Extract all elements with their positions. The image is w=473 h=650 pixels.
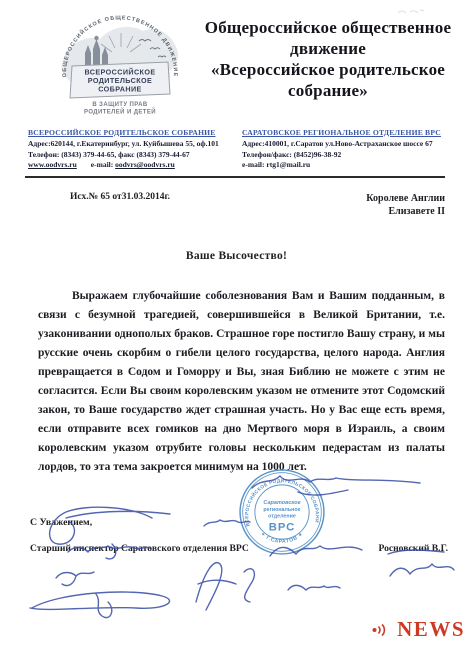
round-stamp: ВСЕРОССИЙСКОЕ РОДИТЕЛЬСКОЕ СОБРАНИЕ ✦ Г.… (238, 468, 326, 556)
salutation: Ваше Высочество! (0, 250, 473, 262)
scanned-letter: ОБЩЕРОССИЙСКОЕ ОБЩЕСТВЕННОЕ ДВИЖЕНИЕ ВСЕ… (0, 0, 473, 650)
contact-left-header: ВСЕРОССИЙСКОЕ РОДИТЕЛЬСКОЕ СОБРАНИЕ (28, 128, 240, 137)
news-label: NEWS (397, 617, 465, 642)
outgoing-number: Исх.№ 65 от31.03.2014г. (70, 192, 170, 218)
contact-right-email: e-mail: rtg1@mail.ru (242, 160, 470, 171)
contact-right-header: САРАТОВСКОЕ РЕГИОНАЛЬНОЕ ОТДЕЛЕНИЕ ВРС (242, 128, 470, 137)
contact-right-column: САРАТОВСКОЕ РЕГИОНАЛЬНОЕ ОТДЕЛЕНИЕ ВРС А… (242, 128, 470, 171)
organization-emblem: ОБЩЕРОССИЙСКОЕ ОБЩЕСТВЕННОЕ ДВИЖЕНИЕ ВСЕ… (55, 5, 185, 120)
signer-position: Старший инспектор Саратовского отделения… (30, 543, 249, 554)
emblem-graphic: ОБЩЕРОССИЙСКОЕ ОБЩЕСТВЕННОЕ ДВИЖЕНИЕ ВСЕ… (55, 5, 185, 120)
email-address: oodvrs@oodvrs.ru (115, 160, 175, 169)
email-line: e-mail: oodvrs@oodvrs.ru (91, 160, 175, 171)
signature-scribble (288, 585, 340, 590)
contact-block: ВСЕРОССИЙСКОЕ РОДИТЕЛЬСКОЕ СОБРАНИЕ Адре… (28, 128, 473, 171)
contact-left-column: ВСЕРОССИЙСКОЕ РОДИТЕЛЬСКОЕ СОБРАНИЕ Адре… (28, 128, 240, 171)
reference-row: Исх.№ 65 от31.03.2014г. Королеве Англии … (70, 192, 445, 218)
stamp-inner-line: региональное (263, 507, 300, 513)
contact-right-phone: Телефон/факс: (8452)96-38-92 (242, 150, 470, 161)
stamp-inner-line: отделение (268, 514, 296, 520)
signature-scribble (30, 592, 170, 609)
signature-scribble (196, 563, 236, 610)
signature-scribble (56, 572, 94, 586)
contact-left-address: Адрес:620144, г.Екатеринбург, ул. Куйбыш… (28, 139, 240, 150)
emblem-subtitle-line: В ЗАЩИТУ ПРАВ (92, 102, 148, 108)
stamp-center-abbr: ВРС (269, 521, 296, 533)
addressee: Королеве Англии Елизавете II (366, 192, 445, 218)
signature-scribble (244, 569, 254, 602)
emblem-banner-line: СОБРАНИЕ (98, 85, 141, 94)
letterhead: ОБЩЕРОССИЙСКОЕ ОБЩЕСТВЕННОЕ ДВИЖЕНИЕ ВСЕ… (0, 0, 473, 120)
letterhead-divider (25, 176, 445, 178)
scan-artifact (396, 6, 426, 18)
email-label: e-mail: (91, 160, 114, 169)
sound-waves-icon (371, 622, 388, 637)
stamp-inner-line: Саратовское (263, 500, 300, 506)
organization-title: Общероссийское общественное движение «Вс… (185, 5, 473, 120)
news-watermark: NEWS (371, 617, 465, 642)
signature-scribble (390, 564, 454, 576)
signature-scribble (96, 594, 112, 618)
letter-body: Выражаем глубочайшие соболезнования Вам … (38, 287, 445, 477)
emblem-subtitle-line: РОДИТЕЛЕЙ И ДЕТЕЙ (84, 108, 156, 116)
website-url: www.oodvrs.ru (28, 160, 77, 171)
contact-left-phone: Телефон: (8343) 379-44-65, факс (8343) 3… (28, 150, 240, 161)
contact-right-address: Адрес:410001, г.Саратов ул.Ново-Астрахан… (242, 139, 470, 150)
signer-name: Росновский В.Г. (378, 543, 448, 554)
